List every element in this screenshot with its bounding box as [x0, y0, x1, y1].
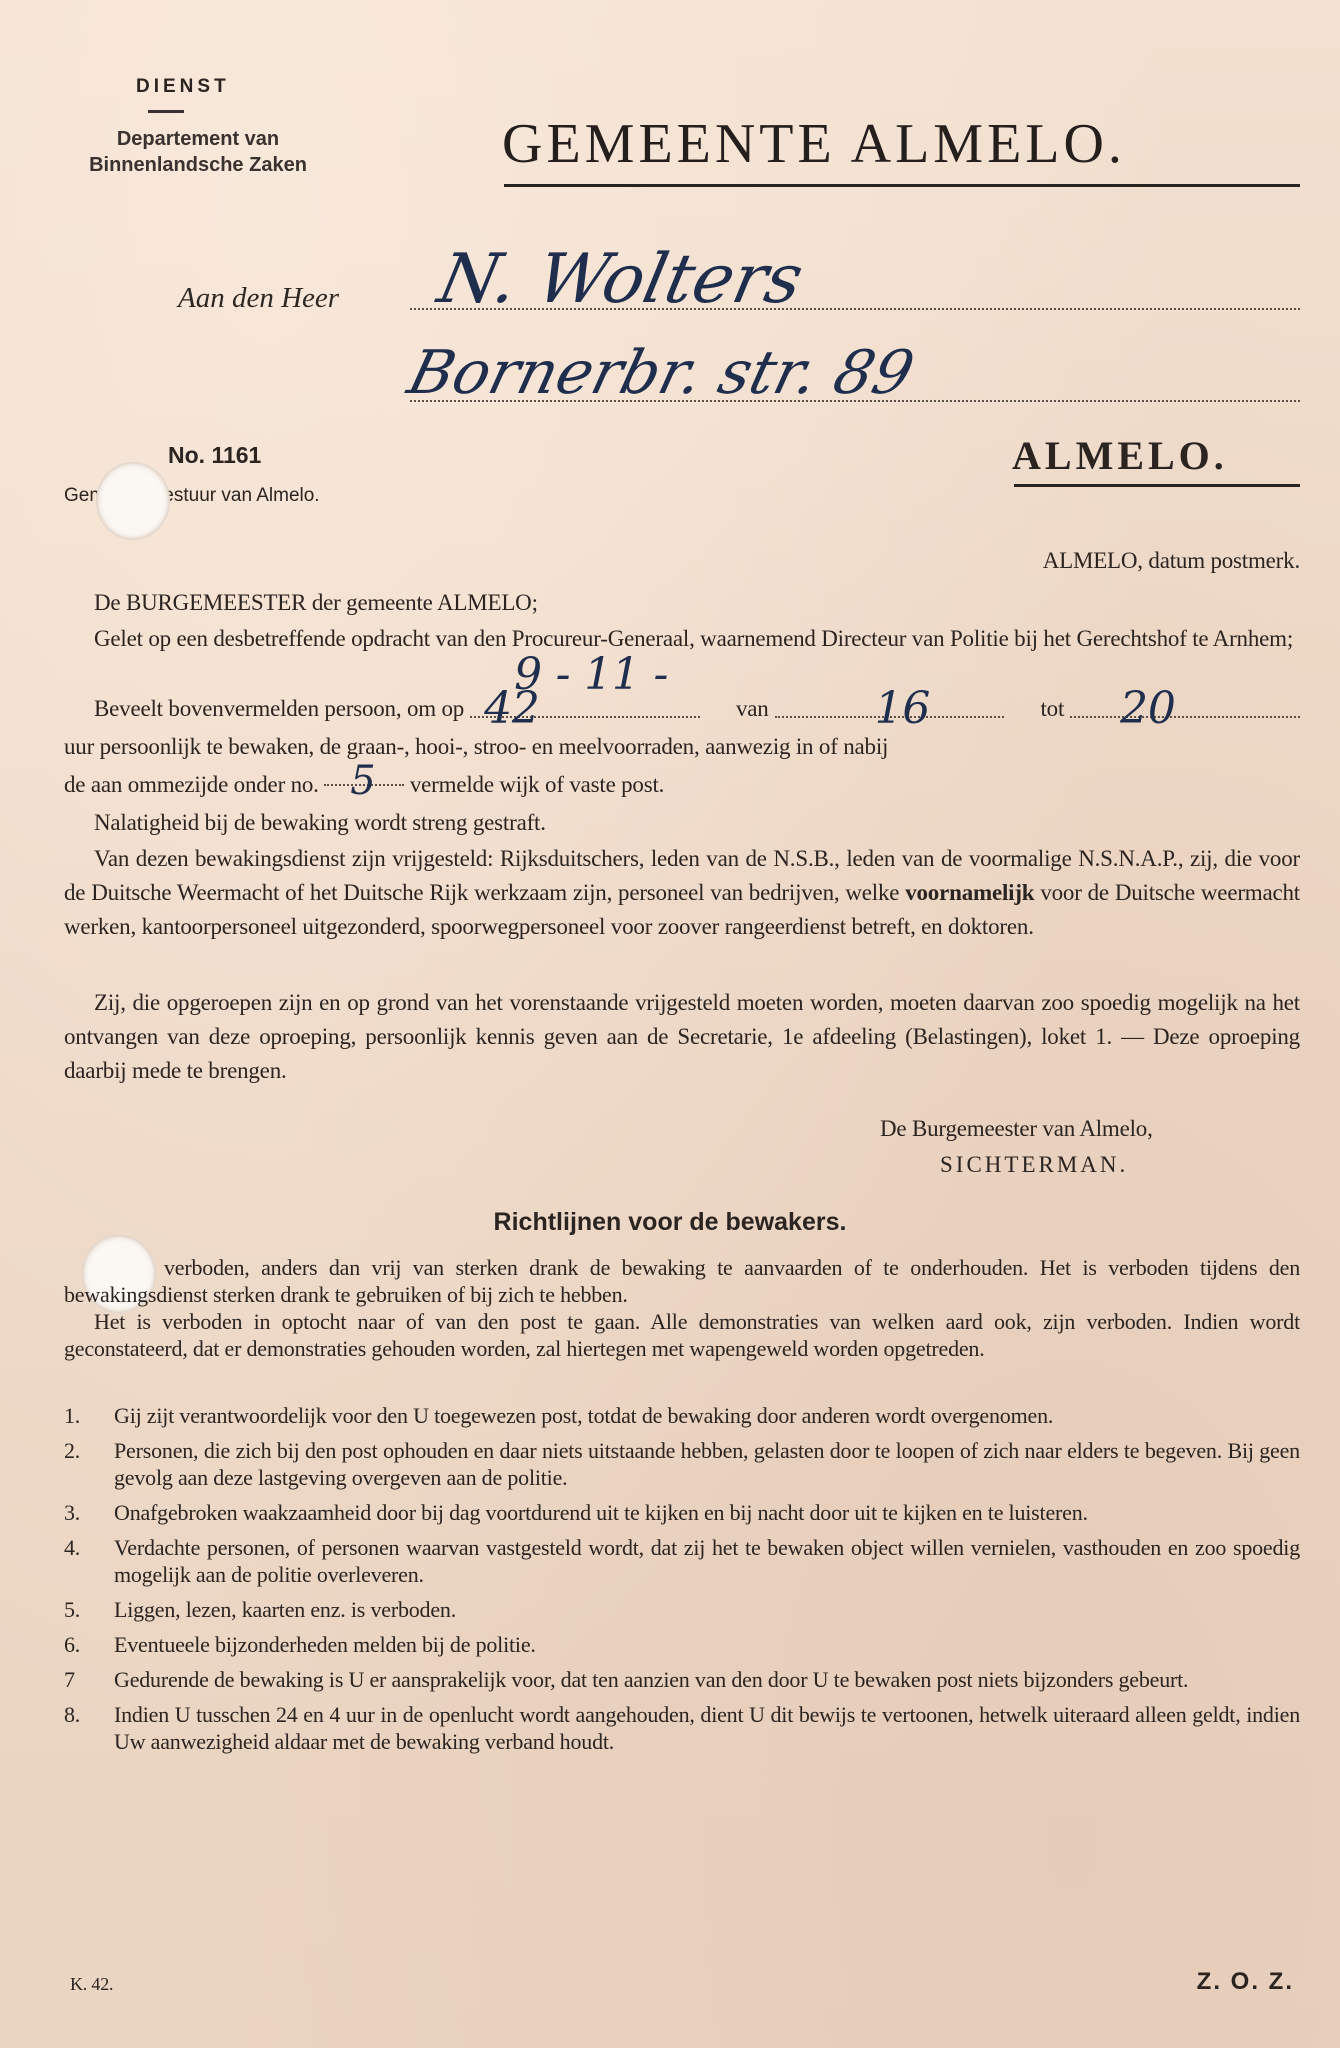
title-underline: [504, 184, 1300, 187]
date-postmark: ALMELO, datum postmerk.: [1043, 544, 1300, 578]
document-title: GEMEENTE ALMELO.: [502, 112, 1126, 176]
signature-name: SICHTERMAN.: [940, 1152, 1128, 1178]
wijk-field: 5: [324, 784, 404, 786]
salutation: De BURGEMEESTER der gemeente ALMELO;: [94, 586, 538, 620]
department-line-2: Binnenlandsche Zaken: [62, 152, 334, 178]
guideline-item: 8.Indien U tusschen 24 en 4 uur in de op…: [64, 1701, 1300, 1755]
recipient-name-handwritten: N. Wolters: [432, 240, 810, 319]
exemption-paragraph: Van dezen bewakingsdienst zijn vrijgeste…: [64, 842, 1300, 944]
from-hour-field: 16: [775, 716, 1005, 718]
guideline-item: 6.Eventueele bijzonderheden melden bij d…: [64, 1631, 1300, 1658]
city-heading: ALMELO.: [1012, 432, 1228, 479]
guidelines-intro-2: Het is verboden in optocht naar of van d…: [64, 1308, 1300, 1362]
department-line-1: Departement van: [62, 126, 334, 152]
van-label: van: [706, 692, 769, 726]
item-number: 5.: [64, 1596, 114, 1623]
item-text: Liggen, lezen, kaarten enz. is verboden.: [114, 1596, 1300, 1623]
to-hour-field: 20: [1070, 716, 1300, 718]
gelet-paragraph: Gelet op een desbetreffende opdracht van…: [64, 622, 1300, 656]
form-code: K. 42.: [70, 1974, 113, 1995]
guidelines-heading: Richtlijnen voor de bewakers.: [0, 1208, 1340, 1237]
signature-title: De Burgemeester van Almelo,: [880, 1116, 1153, 1142]
item-number: 7: [64, 1666, 114, 1693]
tot-label: tot: [1010, 692, 1064, 726]
item-text: Gedurende de bewaking is U er aansprakel…: [114, 1666, 1300, 1693]
guideline-item: 4.Verdachte personen, of personen waarva…: [64, 1534, 1300, 1588]
item-text: Eventueele bijzonderheden melden bij de …: [114, 1631, 1300, 1658]
wijk-handwritten: 5: [350, 764, 375, 798]
guideline-item: 1.Gij zijt verantwoordelijk voor den U t…: [64, 1402, 1300, 1429]
item-number: 8.: [64, 1701, 114, 1755]
wijk-suffix: vermelde wijk of vaste post.: [410, 772, 664, 797]
city-underline: [1014, 484, 1300, 487]
item-text: Gij zijt verantwoordelijk voor den U toe…: [114, 1402, 1300, 1429]
item-number: 2.: [64, 1437, 114, 1491]
guideline-item: 5.Liggen, lezen, kaarten enz. is verbode…: [64, 1596, 1300, 1623]
guideline-item: 7Gedurende de bewaking is U er aansprake…: [64, 1666, 1300, 1693]
command-line: Beveelt bovenvermelden persoon, om op 9 …: [64, 692, 1300, 726]
wijk-line: de aan ommezijde onder no. 5 vermelde wi…: [64, 768, 664, 802]
recipient-label: Aan den Heer: [178, 282, 339, 315]
to-hour-handwritten: 20: [1090, 692, 1176, 726]
guideline-item: 3.Onafgebroken waakzaamheid door bij dag…: [64, 1499, 1300, 1526]
exemption-bold: voornamelijk: [905, 880, 1034, 905]
date-field: 9 - 11 - 42: [470, 716, 700, 718]
wijk-prefix: de aan ommezijde onder no.: [64, 772, 319, 797]
document-number: No. 1161: [168, 442, 261, 469]
dienst-divider: [148, 110, 184, 113]
item-number: 3.: [64, 1499, 114, 1526]
guidelines-intro-1: verboden, anders dan vrij van sterken dr…: [64, 1254, 1300, 1308]
from-hour-handwritten: 16: [845, 692, 931, 726]
guidelines-list: 1.Gij zijt verantwoordelijk voor den U t…: [64, 1402, 1300, 1763]
item-text: Onafgebroken waakzaamheid door bij dag v…: [114, 1499, 1300, 1526]
item-number: 6.: [64, 1631, 114, 1658]
date-handwritten: 9 - 11 - 42: [484, 658, 700, 726]
dienst-label: DIENST: [136, 76, 230, 98]
nalatigheid-line: Nalatigheid bij de bewaking wordt streng…: [94, 806, 546, 840]
guideline-item: 2.Personen, die zich bij den post ophoud…: [64, 1437, 1300, 1491]
recipient-address-handwritten: Bornerbr. str. 89: [401, 338, 920, 408]
bewaken-line: uur persoonlijk te bewaken, de graan-, h…: [64, 730, 1300, 764]
punch-hole: [96, 462, 170, 540]
department-block: Departement van Binnenlandsche Zaken: [62, 126, 334, 178]
called-up-paragraph: Zij, die opgeroepen zijn en op grond van…: [64, 986, 1300, 1088]
turn-over-note: Z. O. Z.: [1197, 1968, 1294, 1996]
item-number: 1.: [64, 1402, 114, 1429]
item-text: Indien U tusschen 24 en 4 uur in de open…: [114, 1701, 1300, 1755]
item-text: Verdachte personen, of personen waarvan …: [114, 1534, 1300, 1588]
item-number: 4.: [64, 1534, 114, 1588]
item-text: Personen, die zich bij den post ophouden…: [114, 1437, 1300, 1491]
command-prefix: Beveelt bovenvermelden persoon, om op: [64, 692, 464, 726]
